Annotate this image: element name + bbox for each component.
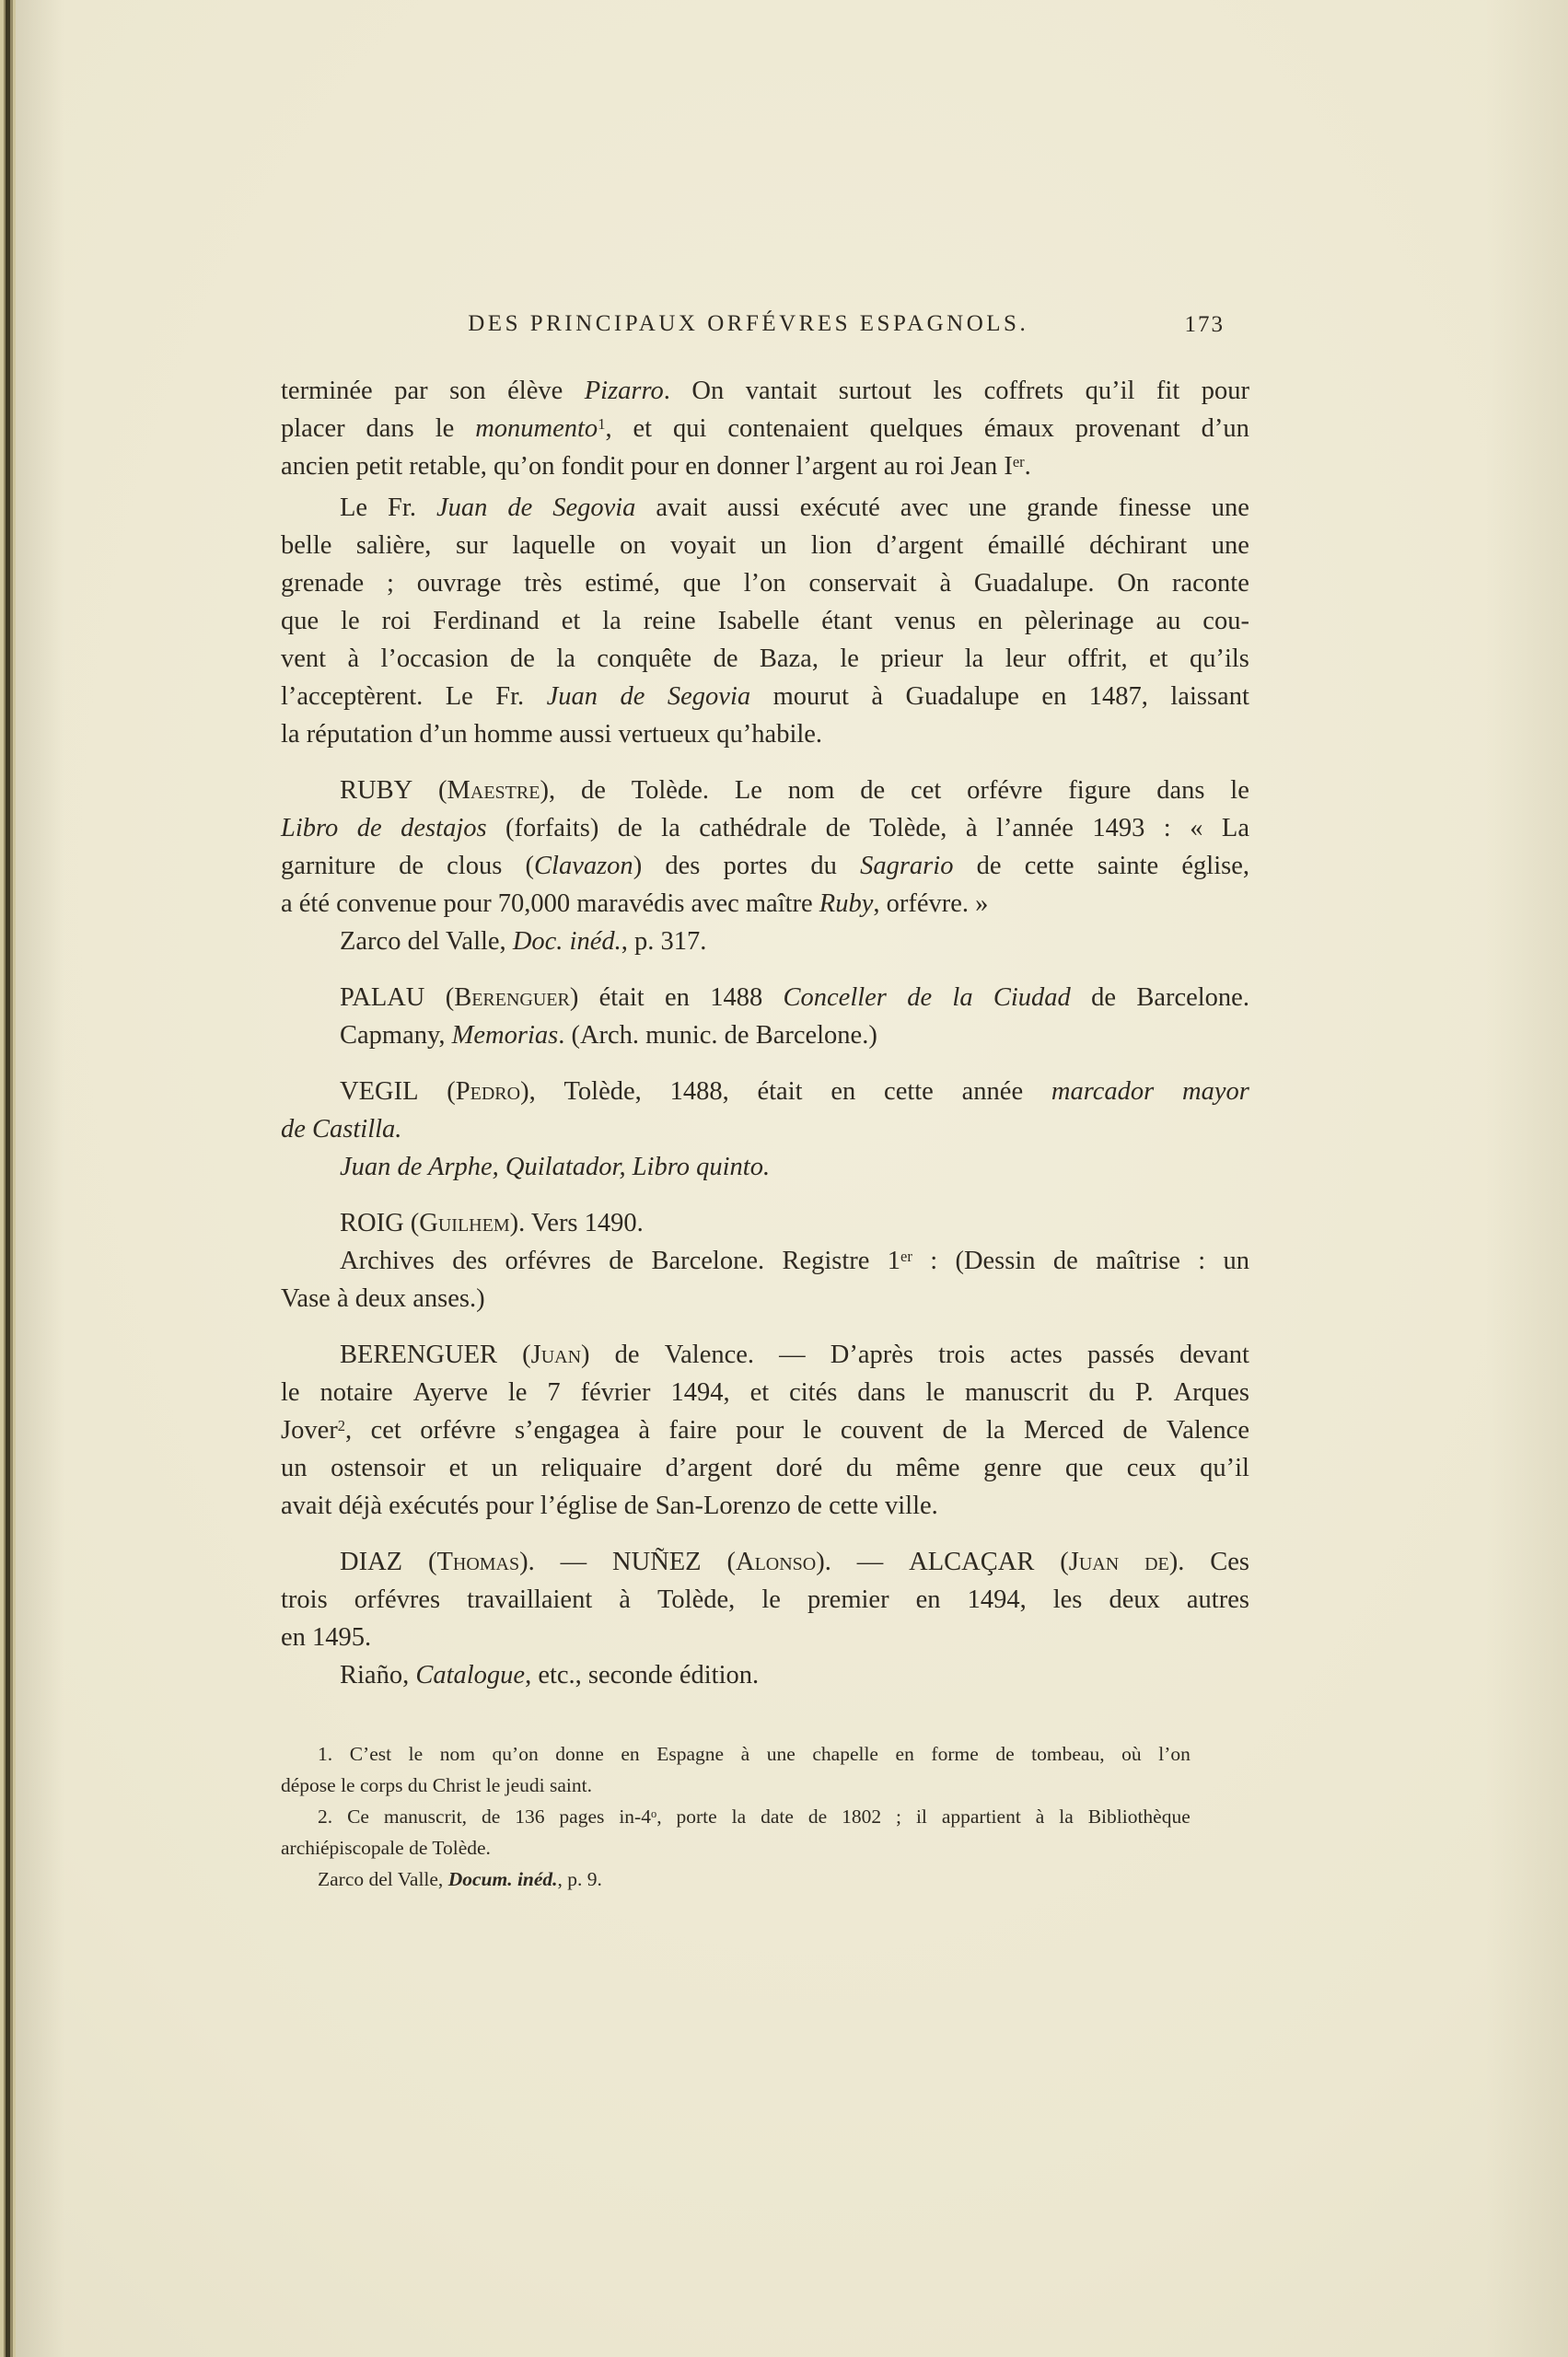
- text: finesse: [1119, 493, 1191, 522]
- word: ouvrage: [417, 564, 502, 602]
- running-title: DES PRINCIPAUX ORFÉVRES ESPAGNOLS.: [468, 311, 1028, 337]
- text-line: Capmany, Memorias. (Arch. munic. de Barc…: [281, 1016, 1249, 1054]
- small-caps-text: Juan: [531, 1341, 581, 1369]
- word: de: [357, 809, 382, 847]
- text-line: Vase à deux anses.): [281, 1280, 1249, 1318]
- text: faire: [668, 1416, 716, 1445]
- text: pèlerinage: [1025, 607, 1134, 635]
- text: offrit,: [1067, 644, 1127, 673]
- text: en: [621, 1743, 639, 1765]
- text: du: [1088, 1378, 1115, 1407]
- text: Arques: [1174, 1378, 1249, 1407]
- text: date: [761, 1805, 794, 1828]
- text: archiépiscopale de Tolède.: [281, 1837, 491, 1859]
- word: à: [966, 809, 978, 847]
- italic-text: Segovia: [668, 682, 750, 711]
- text-line: grenade;ouvragetrèsestimé,quel’onconserv…: [281, 564, 1249, 602]
- word: en: [830, 1073, 855, 1110]
- word: travaillaient: [467, 1581, 592, 1619]
- text: leur: [1005, 644, 1046, 673]
- text: ROIG (: [340, 1209, 419, 1237]
- text: Merced: [1024, 1416, 1104, 1445]
- word: dans: [857, 1374, 905, 1411]
- text: il: [916, 1805, 927, 1828]
- word: par: [394, 372, 427, 410]
- word: laissant: [1170, 678, 1249, 715]
- text: qu’ils: [1190, 644, 1249, 673]
- text: ostensoir: [331, 1454, 425, 1482]
- word: Merced: [1024, 1411, 1104, 1449]
- word: élève: [507, 372, 563, 410]
- text: cathédrale: [699, 814, 807, 842]
- italic-text: monumento: [475, 414, 598, 443]
- word: conquête: [597, 640, 691, 678]
- text: P.: [1135, 1378, 1154, 1407]
- text: élève: [507, 377, 563, 405]
- word: cou-: [1202, 602, 1249, 640]
- text: notaire: [320, 1378, 393, 1407]
- text: à: [741, 1743, 750, 1765]
- word: à: [638, 1411, 650, 1449]
- word: une: [969, 489, 1006, 527]
- text: de: [1091, 983, 1116, 1012]
- word: Pizarro.: [585, 372, 670, 410]
- word: de: [808, 1801, 827, 1832]
- footnote-2: 2.Cemanuscrit,de136pagesin-4o,porteladat…: [281, 1801, 1191, 1864]
- text: à: [638, 1416, 650, 1445]
- word: 1er: [888, 1242, 912, 1280]
- italic-text: mayor: [1182, 1077, 1249, 1106]
- text: cités: [789, 1378, 837, 1407]
- word: On: [691, 372, 724, 410]
- entry-roig: ROIG (Guilhem). Vers 1490.Archivesdesorf…: [281, 1204, 1249, 1318]
- text: le: [281, 1378, 300, 1407]
- text: l’occasion: [381, 644, 489, 673]
- word: Le: [446, 678, 473, 715]
- word: prieur: [880, 640, 943, 678]
- text: figure: [1068, 776, 1131, 805]
- text: en: [1041, 682, 1066, 711]
- text: qu’il: [1086, 377, 1135, 405]
- text: Fr.: [495, 682, 524, 711]
- word: coffrets: [984, 372, 1064, 410]
- word: dans: [1156, 772, 1204, 809]
- text: 1: [888, 1247, 900, 1275]
- text-line: LeFr.JuandeSegoviaavaitaussiexécutéavecu…: [281, 489, 1249, 527]
- text: ;: [896, 1805, 901, 1828]
- text: appartient: [942, 1805, 1021, 1828]
- text: Ayerve: [413, 1378, 488, 1407]
- word: l’année: [996, 809, 1074, 847]
- body-text: terminéeparsonélèvePizarro.Onvantaitsurt…: [281, 372, 1249, 1694]
- text-line: la réputation d’un homme aussi vertueux …: [281, 715, 1249, 753]
- word: le: [840, 640, 859, 678]
- word: Registre: [782, 1242, 869, 1280]
- word: de: [482, 1801, 500, 1832]
- text: prieur: [880, 644, 943, 673]
- page-header: DES PRINCIPAUX ORFÉVRES ESPAGNOLS. 173: [281, 311, 1249, 344]
- word: un: [761, 527, 787, 564]
- text: ouvrage: [417, 569, 502, 598]
- text: —: [857, 1548, 884, 1576]
- text: RUBY: [340, 776, 412, 805]
- word: le: [1230, 772, 1249, 809]
- word: mourut: [773, 678, 849, 715]
- text: à: [347, 644, 359, 673]
- word: en: [621, 1738, 639, 1770]
- text: ALCAÇAR: [909, 1548, 1034, 1576]
- word: où: [1121, 1738, 1142, 1770]
- word: cités: [789, 1374, 837, 1411]
- word: deux: [1109, 1581, 1159, 1619]
- text: le: [341, 607, 360, 635]
- text: Zarco del Valle,: [318, 1868, 448, 1890]
- small-caps-text: Pedro: [456, 1077, 520, 1106]
- word: laquelle: [512, 527, 595, 564]
- word: en: [665, 979, 690, 1016]
- word: nom: [788, 772, 835, 809]
- word: et: [750, 1374, 770, 1411]
- word: et: [633, 410, 653, 447]
- italic-text: Segovia: [552, 493, 635, 522]
- text: Valence.: [665, 1341, 754, 1369]
- word: Valence: [1167, 1411, 1249, 1449]
- text: à: [966, 814, 978, 842]
- word: faire: [668, 1411, 716, 1449]
- text: qu’on: [493, 1743, 539, 1765]
- text: sainte: [1098, 852, 1158, 880]
- word: cette: [884, 1073, 934, 1110]
- text: en: [896, 1743, 914, 1765]
- word: (Maestre),: [438, 772, 555, 809]
- text: Le: [735, 776, 762, 805]
- text: orfévres: [354, 1585, 440, 1614]
- text: , orfévre. »: [873, 889, 988, 918]
- text: Tolède,: [869, 814, 947, 842]
- word: la: [1059, 1801, 1074, 1832]
- text: du: [810, 852, 837, 880]
- text-line: terminéeparsonélèvePizarro.Onvantaitsurt…: [281, 372, 1249, 410]
- page-number: 173: [1185, 312, 1225, 338]
- word: —: [857, 1543, 884, 1581]
- text: l’on: [744, 569, 786, 598]
- word: de: [609, 1242, 633, 1280]
- text: un: [1223, 1247, 1249, 1275]
- text-line: Zarco del Valle, Doc. inéd., p. 317.: [281, 923, 1249, 960]
- text: et: [449, 1454, 469, 1482]
- small-caps-text: Guilhem: [419, 1209, 509, 1237]
- word: ceux: [1127, 1449, 1177, 1487]
- text: même: [896, 1454, 960, 1482]
- text: cet: [371, 1416, 401, 1445]
- text: manuscrit,: [384, 1805, 467, 1828]
- text: nom: [440, 1743, 475, 1765]
- text: la: [661, 814, 680, 842]
- text: très: [524, 569, 562, 598]
- text: Barcelone.: [651, 1247, 764, 1275]
- text: au: [1156, 607, 1180, 635]
- text: sur: [456, 531, 488, 560]
- text: les: [933, 377, 962, 405]
- text: venus: [895, 607, 957, 635]
- word: du: [846, 1449, 873, 1487]
- word: d’un: [1202, 410, 1249, 447]
- word: le: [803, 1411, 822, 1449]
- word: le: [281, 1374, 300, 1411]
- word: une: [1212, 527, 1249, 564]
- text: de: [808, 1805, 827, 1828]
- text: le: [508, 1378, 528, 1407]
- text: et: [633, 414, 653, 443]
- text: pour: [736, 1416, 784, 1445]
- text: porte: [677, 1805, 717, 1828]
- word: Tolède,: [564, 1073, 642, 1110]
- text: de: [995, 1743, 1014, 1765]
- word: des: [665, 847, 700, 885]
- text: nom: [788, 776, 835, 805]
- word: garniture: [281, 847, 376, 885]
- small-caps-text: Maestre: [447, 776, 540, 805]
- text: 1493: [1092, 814, 1144, 842]
- word: orfévres: [505, 1242, 591, 1280]
- word: les: [933, 372, 962, 410]
- word: contenaient: [727, 410, 848, 447]
- word: manuscrit,: [384, 1801, 467, 1832]
- text: raconte: [1172, 569, 1249, 598]
- text-line: garnituredeclous(Clavazon)desportesduSag…: [281, 847, 1249, 885]
- word: cet: [911, 772, 941, 809]
- text: Le: [446, 682, 473, 711]
- text: NUÑEZ: [612, 1548, 702, 1576]
- text: estimé,: [585, 569, 660, 598]
- text: ,: [345, 1416, 352, 1445]
- text: orfévre: [420, 1416, 495, 1445]
- text: vent: [281, 644, 326, 673]
- text: Riaño,: [340, 1661, 415, 1689]
- text: de: [977, 852, 1002, 880]
- word: appartient: [942, 1801, 1021, 1832]
- word: premier: [807, 1581, 889, 1619]
- word: genre: [983, 1449, 1041, 1487]
- word: :: [1198, 1242, 1205, 1280]
- word: cette: [1025, 847, 1074, 885]
- word: 136: [515, 1801, 544, 1832]
- word: roi: [382, 602, 412, 640]
- entry-vegil: VEGIL(Pedro),Tolède,1488,étaitencetteann…: [281, 1073, 1249, 1186]
- word: (Clavazon): [526, 847, 643, 885]
- text: étant: [821, 607, 872, 635]
- text: que: [281, 607, 319, 635]
- word: Valence.: [665, 1336, 754, 1374]
- word: date: [761, 1801, 794, 1832]
- text: église,: [1181, 852, 1249, 880]
- word: reliquaire: [541, 1449, 642, 1487]
- word: du: [1088, 1374, 1115, 1411]
- word: au: [1156, 602, 1180, 640]
- text: (: [526, 852, 535, 880]
- word: qu’il: [1086, 372, 1135, 410]
- text: ceux: [1127, 1454, 1177, 1482]
- word: D’après: [830, 1336, 913, 1374]
- word: à: [741, 1738, 750, 1770]
- word: et: [1149, 640, 1168, 678]
- word: en: [978, 602, 1003, 640]
- word: 2.: [318, 1801, 332, 1832]
- word: à: [1036, 1801, 1045, 1832]
- text: mourut: [773, 682, 849, 711]
- text: de: [618, 814, 643, 842]
- word: salière,: [356, 527, 432, 564]
- text: exécuté: [800, 493, 880, 522]
- text: ).: [519, 1548, 535, 1576]
- footnotes: 1.C’estlenomqu’ondonneenEspagneàunechape…: [281, 1738, 1191, 1895]
- text: 1494,: [670, 1378, 729, 1407]
- word: Ayerve: [413, 1374, 488, 1411]
- word: Guadalupe: [906, 678, 1019, 715]
- word: Ces: [1210, 1543, 1249, 1581]
- text: Fr.: [388, 493, 416, 522]
- text: roi: [382, 607, 412, 635]
- text-line: 1.C’estlenomqu’ondonneenEspagneàunechape…: [281, 1738, 1191, 1770]
- text: à: [1036, 1805, 1045, 1828]
- text: par: [394, 377, 427, 405]
- text: ancien petit retable, qu’on fondit pour …: [281, 452, 1013, 481]
- word: Libro: [281, 809, 338, 847]
- superscript-text: o: [651, 1807, 656, 1820]
- superscript-text: er: [900, 1248, 912, 1265]
- word: était: [757, 1073, 802, 1110]
- word: fit: [1156, 372, 1179, 410]
- text: le: [1230, 776, 1249, 805]
- word: pour: [736, 1411, 784, 1449]
- text: ). Vers 1490.: [510, 1209, 644, 1237]
- word: émaux: [984, 410, 1054, 447]
- word: quelques: [870, 410, 963, 447]
- word: déchirant: [1089, 527, 1187, 564]
- text: de: [714, 644, 738, 673]
- word: de: [507, 489, 532, 527]
- word: de: [618, 809, 643, 847]
- text: .: [1025, 452, 1031, 481]
- word: monumento1,: [475, 410, 611, 447]
- italic-text: de Castilla.: [281, 1115, 401, 1144]
- entry-berenguer: BERENGUER(Juan)deValence.—D’aprèstroisac…: [281, 1336, 1249, 1525]
- text: pages: [559, 1805, 604, 1828]
- text: Guadalupe.: [974, 569, 1095, 598]
- text: Capmany,: [340, 1021, 452, 1050]
- text: , etc., seconde édition.: [525, 1661, 759, 1689]
- italic-text: Libro: [281, 814, 338, 842]
- word: en: [896, 1738, 914, 1770]
- word: (Pedro),: [447, 1073, 535, 1110]
- text: reliquaire: [541, 1454, 642, 1482]
- word: le: [925, 1374, 945, 1411]
- word: 1.: [318, 1738, 332, 1770]
- text: était: [599, 983, 645, 1012]
- italic-text: Doc. inéd.: [513, 927, 621, 956]
- word: maîtrise: [1096, 1242, 1180, 1280]
- text: provenant: [1075, 414, 1180, 443]
- word: février: [581, 1374, 651, 1411]
- text-line: a été convenue pour 70,000 maravédis ave…: [281, 885, 1249, 923]
- text: la: [732, 1805, 747, 1828]
- word: couvent: [841, 1411, 923, 1449]
- word: offrit,: [1067, 640, 1127, 678]
- text: on: [620, 531, 646, 560]
- italic-text: Juan de Arphe, Quilatador, Libro quinto.: [340, 1153, 770, 1181]
- word: (forfaits): [505, 809, 598, 847]
- word: 1802: [842, 1801, 881, 1832]
- word: (Dessin: [955, 1242, 1035, 1280]
- text: la: [986, 1416, 1005, 1445]
- text: forme: [931, 1743, 978, 1765]
- text-line: ArchivesdesorfévresdeBarcelone.Registre1…: [281, 1242, 1249, 1280]
- text: de: [609, 1247, 633, 1275]
- text: le: [925, 1378, 945, 1407]
- text: une: [1212, 493, 1249, 522]
- word: BERENGUER: [340, 1336, 497, 1374]
- text: autres: [1187, 1585, 1249, 1614]
- word: de: [714, 640, 738, 678]
- word: grenade: [281, 564, 364, 602]
- word: estimé,: [585, 564, 660, 602]
- word: Bibliothèque: [1088, 1801, 1191, 1832]
- word: qu’il: [1200, 1449, 1249, 1487]
- text: d’argent: [666, 1454, 752, 1482]
- text: quelques: [870, 414, 963, 443]
- text: avec: [900, 493, 948, 522]
- text-line: Juan de Arphe, Quilatador, Libro quinto.: [281, 1148, 1249, 1186]
- word: qu’on: [493, 1738, 539, 1770]
- word: portes: [724, 847, 788, 885]
- word: même: [896, 1449, 960, 1487]
- word: 1494,: [968, 1581, 1027, 1619]
- word: marcador: [1051, 1073, 1154, 1110]
- text: les: [1053, 1585, 1083, 1614]
- text: de: [1122, 1416, 1147, 1445]
- text: de: [826, 814, 851, 842]
- text: (: [727, 1548, 737, 1576]
- text: de: [1053, 1247, 1078, 1275]
- text-line: avait déjà exécutés pour l’église de San…: [281, 1487, 1249, 1525]
- word: de: [510, 640, 535, 678]
- word: de: [977, 847, 1002, 885]
- word: venus: [895, 602, 957, 640]
- word: de: [826, 809, 851, 847]
- text: Ces: [1210, 1548, 1249, 1576]
- text: (: [522, 1341, 531, 1369]
- text: VEGIL: [340, 1077, 418, 1106]
- word: forme: [931, 1738, 978, 1770]
- text: grande: [1027, 493, 1098, 522]
- text-line: Riaño, Catalogue, etc., seconde édition.: [281, 1656, 1249, 1694]
- text: la: [965, 644, 984, 673]
- word: vantait: [746, 372, 818, 410]
- text: cet: [911, 776, 941, 805]
- word: Isabelle: [718, 602, 800, 640]
- text: —: [779, 1341, 806, 1369]
- italic-text: Sagrario: [860, 852, 953, 880]
- text: belle: [281, 531, 331, 560]
- word: P.: [1135, 1374, 1154, 1411]
- text: de: [581, 776, 606, 805]
- word: Juan: [436, 489, 487, 527]
- text: . (Arch. munic. de Barcelone.): [558, 1021, 877, 1050]
- text: 1488,: [670, 1077, 729, 1106]
- italic-text: Pizarro: [585, 377, 664, 405]
- text: un: [761, 531, 787, 560]
- text: (: [447, 1077, 456, 1106]
